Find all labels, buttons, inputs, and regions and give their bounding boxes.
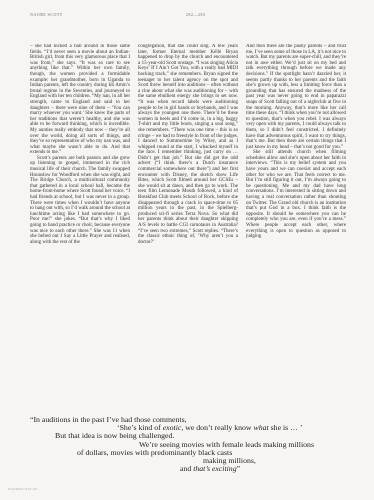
page-folio: 282—283	[186, 12, 206, 17]
article-paragraph: congregation, that she could sing. A few…	[138, 44, 238, 245]
article-paragraph: She still attends church when filming sc…	[246, 150, 346, 240]
credit-line: NAOMISCOTT.UE	[8, 487, 38, 491]
page-header: NAOMI SCOTT 282—283	[30, 12, 346, 20]
pullquote-text: ”	[237, 464, 240, 473]
magazine-page: NAOMI SCOTT 282—283 – she had kicked a b…	[0, 0, 374, 500]
article-column-1: – she had kicked a ball around in those …	[30, 44, 130, 305]
article-column-2: congregation, that she could sing. A few…	[138, 44, 238, 305]
pullquote-emphasis: what	[254, 423, 269, 432]
pullquote-text: , we don’t really know	[181, 423, 253, 432]
article-paragraph: – she had kicked a ball around in those …	[30, 44, 130, 156]
pullquote-text: and	[180, 464, 193, 473]
article-body: – she had kicked a ball around in those …	[30, 44, 346, 305]
header-title: NAOMI SCOTT	[30, 12, 63, 17]
pullquote: “In auditions in the past I’ve had those…	[30, 416, 350, 473]
article-column-3: And then there are the pushy parents – a…	[246, 44, 346, 305]
pullquote-emphasis: that’s exciting	[193, 464, 236, 473]
article-paragraph: Scott’s parents are both pastors and she…	[30, 156, 130, 246]
pullquote-line: and that’s exciting”	[30, 465, 350, 473]
pullquote-text: she is … ’	[269, 423, 303, 432]
article-paragraph: And then there are the pushy parents – a…	[246, 44, 346, 150]
pullquote-line: of dollars, movies with predominantly bl…	[30, 449, 350, 457]
